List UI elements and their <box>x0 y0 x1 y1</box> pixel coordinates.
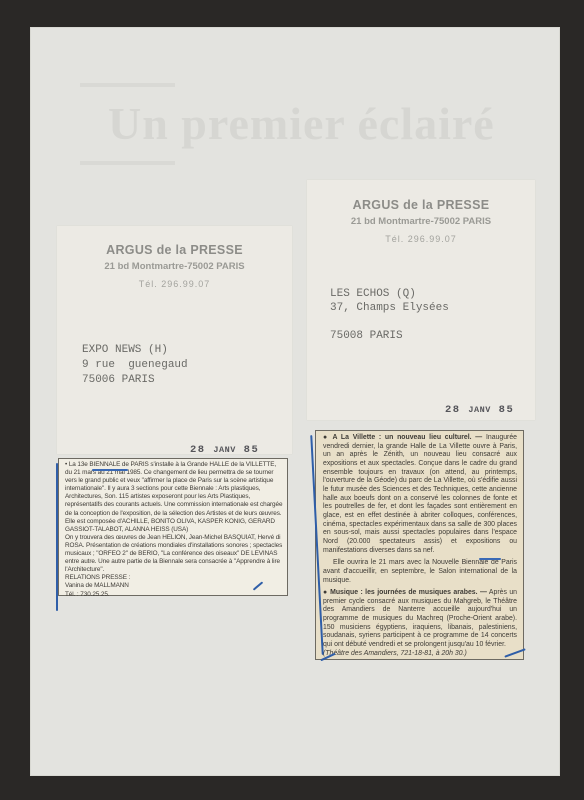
press-contact-tel: Tél. : 730.25.25. <box>65 591 283 599</box>
ghost-rule <box>80 83 175 87</box>
agency-tel: Tél. 296.99.07 <box>57 279 292 289</box>
clipping-body: On y trouvera des œuvres de Jean HELION,… <box>65 534 283 574</box>
date-year: 85 <box>244 444 260 456</box>
item2-footer: (Théâtre des Amandiers, 721-18-81, à 20h… <box>323 650 517 659</box>
date-month: JANV <box>468 405 490 415</box>
newspaper-clipping-left: • La 13e BIENNALE de PARIS s'installe à … <box>58 458 288 596</box>
argus-slip-left: ARGUS de la PRESSE 21 bd Montmartre-7500… <box>57 226 292 454</box>
date-day: 28 <box>190 444 206 456</box>
item2-text: ● Musique : les journées de musiques ara… <box>323 589 517 650</box>
archive-page: Un premier éclairé ARGUS de la PRESSE 21… <box>30 27 560 776</box>
publication-name: EXPO NEWS (H) <box>82 343 168 358</box>
publication-city: 75008 PARIS <box>330 329 403 344</box>
clipping-lead: • La 13e BIENNALE de PARIS s'installe à … <box>65 461 283 534</box>
agency-name: ARGUS de la PRESSE <box>307 198 535 212</box>
ghost-headline: Un premier éclairé <box>108 97 495 150</box>
argus-slip-right: ARGUS de la PRESSE 21 bd Montmartre-7500… <box>307 180 535 420</box>
clipping-date: 28 JANV 85 <box>445 404 514 416</box>
newspaper-clipping-right: ● A La Villette : un nouveau lieu cultur… <box>315 430 524 660</box>
pen-underline <box>479 558 501 560</box>
clipping-date: 28 JANV 85 <box>190 444 259 456</box>
item1-paragraph-2: Elle ouvrira le 21 mars avec la Nouvelle… <box>323 559 517 585</box>
agency-address: 21 bd Montmartre-75002 PARIS <box>307 216 535 227</box>
date-day: 28 <box>445 404 461 416</box>
date-year: 85 <box>499 404 515 416</box>
ghost-rule <box>80 161 175 165</box>
press-contact-name: Vanina de MALLMANN <box>65 582 283 590</box>
agency-tel: Tél. 296.99.07 <box>307 234 535 244</box>
publication-city: 75006 PARIS <box>82 373 155 388</box>
item1-body: Inaugurée vendredi dernier, la grande Ha… <box>323 434 517 554</box>
date-month: JANV <box>213 445 235 455</box>
publication-street: 9 rue guenegaud <box>82 358 188 373</box>
agency-address: 21 bd Montmartre-75002 PARIS <box>57 261 292 272</box>
item2-body: Après un premier cycle consacré aux musi… <box>323 589 517 648</box>
item1-heading: ● A La Villette : un nouveau lieu cultur… <box>323 434 482 441</box>
pen-underline <box>92 469 128 471</box>
agency-header: ARGUS de la PRESSE 21 bd Montmartre-7500… <box>57 243 292 289</box>
agency-header: ARGUS de la PRESSE 21 bd Montmartre-7500… <box>307 198 535 244</box>
item2-heading: ● Musique : les journées de musiques ara… <box>323 589 487 596</box>
agency-name: ARGUS de la PRESSE <box>57 243 292 257</box>
item1-text: ● A La Villette : un nouveau lieu cultur… <box>323 434 517 555</box>
publication-name: LES ECHOS (Q) <box>330 287 416 302</box>
publication-street: 37, Champs Elysées <box>330 301 449 316</box>
pen-mark-margin <box>56 463 58 611</box>
press-contact-heading: RELATIONS PRESSE : <box>65 574 283 582</box>
